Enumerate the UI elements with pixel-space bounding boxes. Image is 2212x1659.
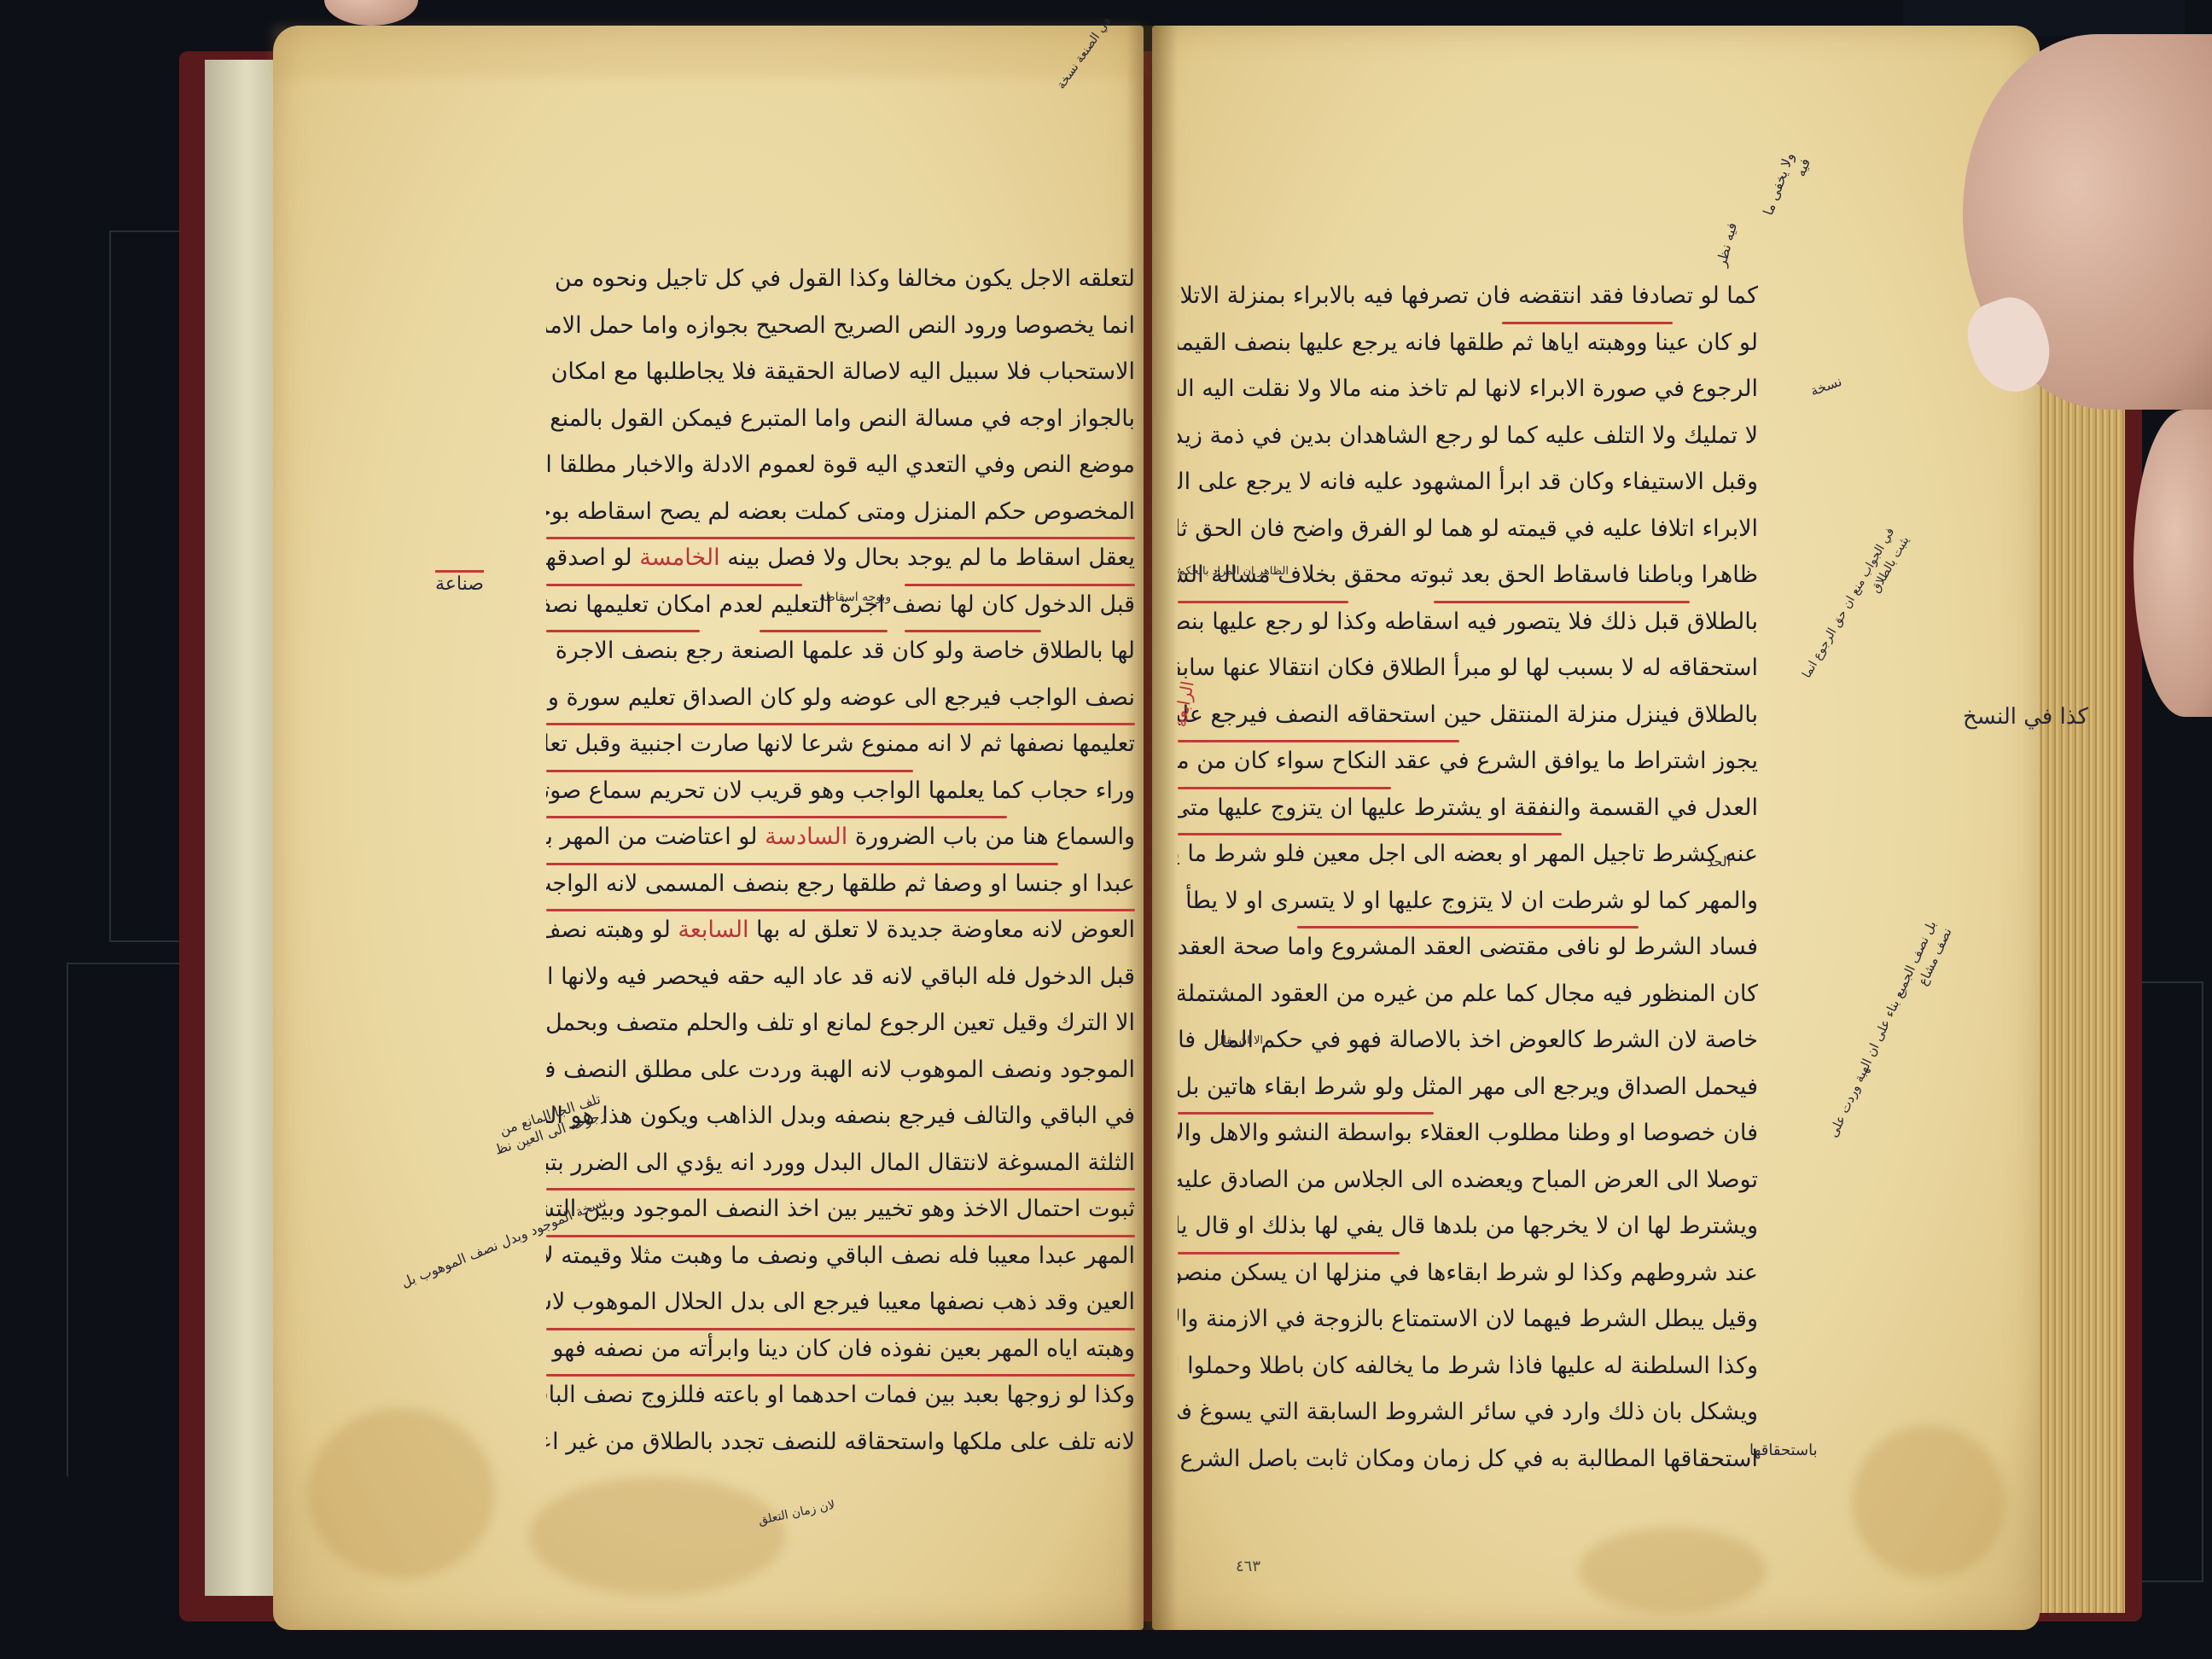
water-stain <box>529 1476 785 1596</box>
manuscript-line: المهر عبدا معيبا فله نصف الباقي ونصف ما … <box>546 1233 1135 1280</box>
manuscript-line: بالجواز اوجه في مسالة النص واما المتبرع … <box>546 396 1135 443</box>
manuscript-line: عبدا او جنسا او وصفا ثم طلقها رجع بنصف ا… <box>546 861 1135 908</box>
rubric: السادسة <box>765 824 847 850</box>
manuscript-line: وكذا السلطنة له عليها فاذا شرط ما يخالفه… <box>1178 1343 1758 1390</box>
manuscript-line: استحقاقه له لا بسبب لها لو مبرأ الطلاق ف… <box>1178 645 1758 692</box>
manuscript-line: والسماع هنا من باب الضرورة السادسة لو اع… <box>546 814 1135 861</box>
red-overline <box>1178 1112 1434 1115</box>
manuscript-line: عند شروطهم وكذا لو شرط ابقاءها في منزلها… <box>1178 1250 1758 1297</box>
manuscript-line: الرجوع في صورة الابراء لانها لم تاخذ منه… <box>1178 366 1758 413</box>
manuscript-line: ويشترط لها ان لا يخرجها من بلدها قال يفي… <box>1178 1203 1758 1250</box>
manuscript-line: خاصة لان الشرط كالعوض اخذ بالاصالة فهو ف… <box>1178 1017 1758 1064</box>
manuscript-line: يعقل اسقاط ما لم يوجد بحال ولا فصل بينه … <box>546 535 1135 582</box>
hand-right-fingers <box>2133 410 2212 717</box>
manuscript-line: وراء حجاب كما يعلمها الواجب وهو قريب لان… <box>546 768 1135 815</box>
manuscript-line: لا تمليك ولا التلف عليه كما لو رجع الشاه… <box>1178 413 1758 460</box>
red-overline <box>1178 601 1348 603</box>
manuscript-line: يجوز اشتراط ما يوافق الشرع في عقد النكاح… <box>1178 738 1758 785</box>
left-page-text: لتعلقه الاجل يكون مخالفا وكذا القول في ك… <box>546 256 1135 1465</box>
red-overline <box>546 863 1058 865</box>
manuscript-line: قبل الدخول فله الباقي لانه قد عاد اليه ح… <box>546 954 1135 1001</box>
folio-number: ٤٦٣ <box>1236 1557 1260 1575</box>
red-overline <box>905 584 1135 586</box>
right-page-text: كما لو تصادفا فقد انتقضه فان تصرفها فيه … <box>1178 273 1758 1482</box>
manuscript-line: ويشكل بان ذلك وارد في سائر الشروط السابق… <box>1178 1389 1758 1436</box>
red-overline <box>1434 601 1690 603</box>
red-overline <box>546 537 1135 539</box>
red-overline <box>546 909 1135 911</box>
red-overline <box>546 1188 1135 1190</box>
margin-note-block: الظاهر ان المراد بالحكم <box>1169 563 1289 580</box>
manuscript-line: تعليمها نصفها ثم لا انه ممنوع شرعا لانها… <box>546 721 1135 768</box>
water-stain <box>273 26 1144 77</box>
red-overline <box>1178 833 1562 835</box>
background-frame-left <box>109 230 188 942</box>
red-overline <box>546 584 802 586</box>
background-frame-right <box>2133 981 2203 1582</box>
manuscript-line: في الباقي والتالف فيرجع بنصفه وبدل الذاه… <box>546 1093 1135 1140</box>
manuscript-line: الثلثة المسوغة لانتقال المال البدل وورد … <box>546 1140 1135 1187</box>
manuscript-line: بالطلاق قبل ذلك فلا يتصور فيه اسقاطه وكذ… <box>1178 599 1758 646</box>
manuscript-line: نصف الواجب فيرجع الى عوضه ولو كان الصداق… <box>546 675 1135 722</box>
rubric: السابعة <box>678 917 748 943</box>
margin-note: الا ان يقال <box>1161 1033 1263 1050</box>
red-overline <box>1502 322 1673 324</box>
red-overline <box>1178 740 1459 742</box>
manuscript-line: فساد الشرط لو نافى مقتضى العقد المشروع و… <box>1178 924 1758 971</box>
margin-note-interlinear: وبوجه اسقاطه <box>819 589 891 606</box>
manuscript-line: وكذا لو زوجها بعبد بين فمات احدهما او با… <box>546 1372 1135 1419</box>
manuscript-line: فيحمل الصداق ويرجع الى مهر المثل ولو شرط… <box>1178 1064 1758 1111</box>
manuscript-line: عنه كشرط تاجيل المهر او بعضه الى اجل معي… <box>1178 831 1758 878</box>
manuscript-line: فان خصوصا او وطنا مطلوب العقلاء بواسطة ا… <box>1178 1110 1758 1157</box>
manuscript-line: كما لو تصادفا فقد انتقضه فان تصرفها فيه … <box>1178 273 1758 320</box>
manuscript-line: العدل في القسمة والنفقة او يشترط عليها ا… <box>1178 785 1758 832</box>
water-stain <box>1579 1528 1767 1613</box>
manuscript-line: وقيل يبطل الشرط فيهما لان الاستمتاع بالز… <box>1178 1296 1758 1343</box>
hand-top-left <box>324 0 418 26</box>
manuscript-line: ثبوت احتمال الاخذ وهو تخيير بين اخذ النص… <box>546 1186 1135 1233</box>
red-overline <box>546 1328 1135 1330</box>
manuscript-line: الابراء اتلافا عليه في قيمته لو هما لو ا… <box>1178 506 1758 553</box>
manuscript-line: بالطلاق فينزل منزلة المنتقل حين استحقاقه… <box>1178 692 1758 739</box>
catchword: باستحقاقها <box>1749 1442 1818 1459</box>
water-stain <box>307 1408 495 1579</box>
water-stain <box>1852 1425 2005 1579</box>
red-overline <box>1178 787 1391 789</box>
rubric: الخامسة <box>639 544 719 571</box>
manuscript-line: لتعلقه الاجل يكون مخالفا وكذا القول في ك… <box>546 256 1135 303</box>
manuscript-line: استحقاقها المطالبة به في كل زمان ومكان ث… <box>1178 1436 1758 1483</box>
margin-note-correction: صناعة <box>435 570 484 593</box>
red-overline <box>546 770 913 772</box>
manuscript-line: الاستحباب فلا سبيل اليه لاصالة الحقيقة ف… <box>546 349 1135 396</box>
red-overline <box>546 816 1007 818</box>
red-overline <box>546 1235 1135 1237</box>
manuscript-line: العين وقد ذهب نصفها معيبا فيرجع الى بدل … <box>546 1279 1135 1326</box>
red-overline <box>546 723 1135 725</box>
manuscript-line: والمهر كما لو شرطت ان لا يتزوج عليها او … <box>1178 878 1758 925</box>
margin-note: الحد <box>1707 853 1731 870</box>
manuscript-line: وقبل الاستيفاء وكان قد ابرأ المشهود عليه… <box>1178 459 1758 506</box>
manuscript-line: الموجود ونصف الموهوب لانه الهبة وردت على… <box>546 1047 1135 1094</box>
red-overline <box>760 630 888 632</box>
red-overline <box>905 630 1041 632</box>
manuscript-line: كان المنظور فيه مجال كما علم من غيره من … <box>1178 971 1758 1018</box>
red-overline <box>546 1374 1135 1377</box>
manuscript-line: المخصوص حكم المنزل ومتى كملت بعضه لم يصح… <box>546 489 1135 536</box>
red-overline <box>1297 926 1639 928</box>
manuscript-line: وهبته اياه المهر بعين نفوذه فان كان دينا… <box>546 1326 1135 1373</box>
manuscript-line: لو كان عينا ووهبته اياها ثم طلقها فانه ي… <box>1178 320 1758 367</box>
manuscript-line: انما يخصوصا ورود النص الصريح الصحيح بجوا… <box>546 303 1135 350</box>
margin-note: كذا في النسخ <box>1963 708 2088 725</box>
manuscript-line: لانه تلف على ملكها واستحقاقه للنصف تجدد … <box>546 1419 1135 1466</box>
manuscript-line: توصلا الى العرض المباح ويعضده الى الجلاس… <box>1178 1157 1758 1204</box>
red-overline <box>1178 1252 1400 1254</box>
red-overline <box>546 630 700 632</box>
manuscript-line: لها بالطلاق خاصة ولو كان قد علمها الصنعة… <box>546 628 1135 675</box>
manuscript-line: موضع النص وفي التعدي اليه قوة لعموم الاد… <box>546 442 1135 489</box>
background-frame-left-lower <box>67 963 188 1476</box>
manuscript-line: الا الترك وقيل تعين الرجوع لمانع او تلف … <box>546 1000 1135 1047</box>
manuscript-line: العوض لانه معاوضة جديدة لا تعلق له بها ا… <box>546 907 1135 954</box>
